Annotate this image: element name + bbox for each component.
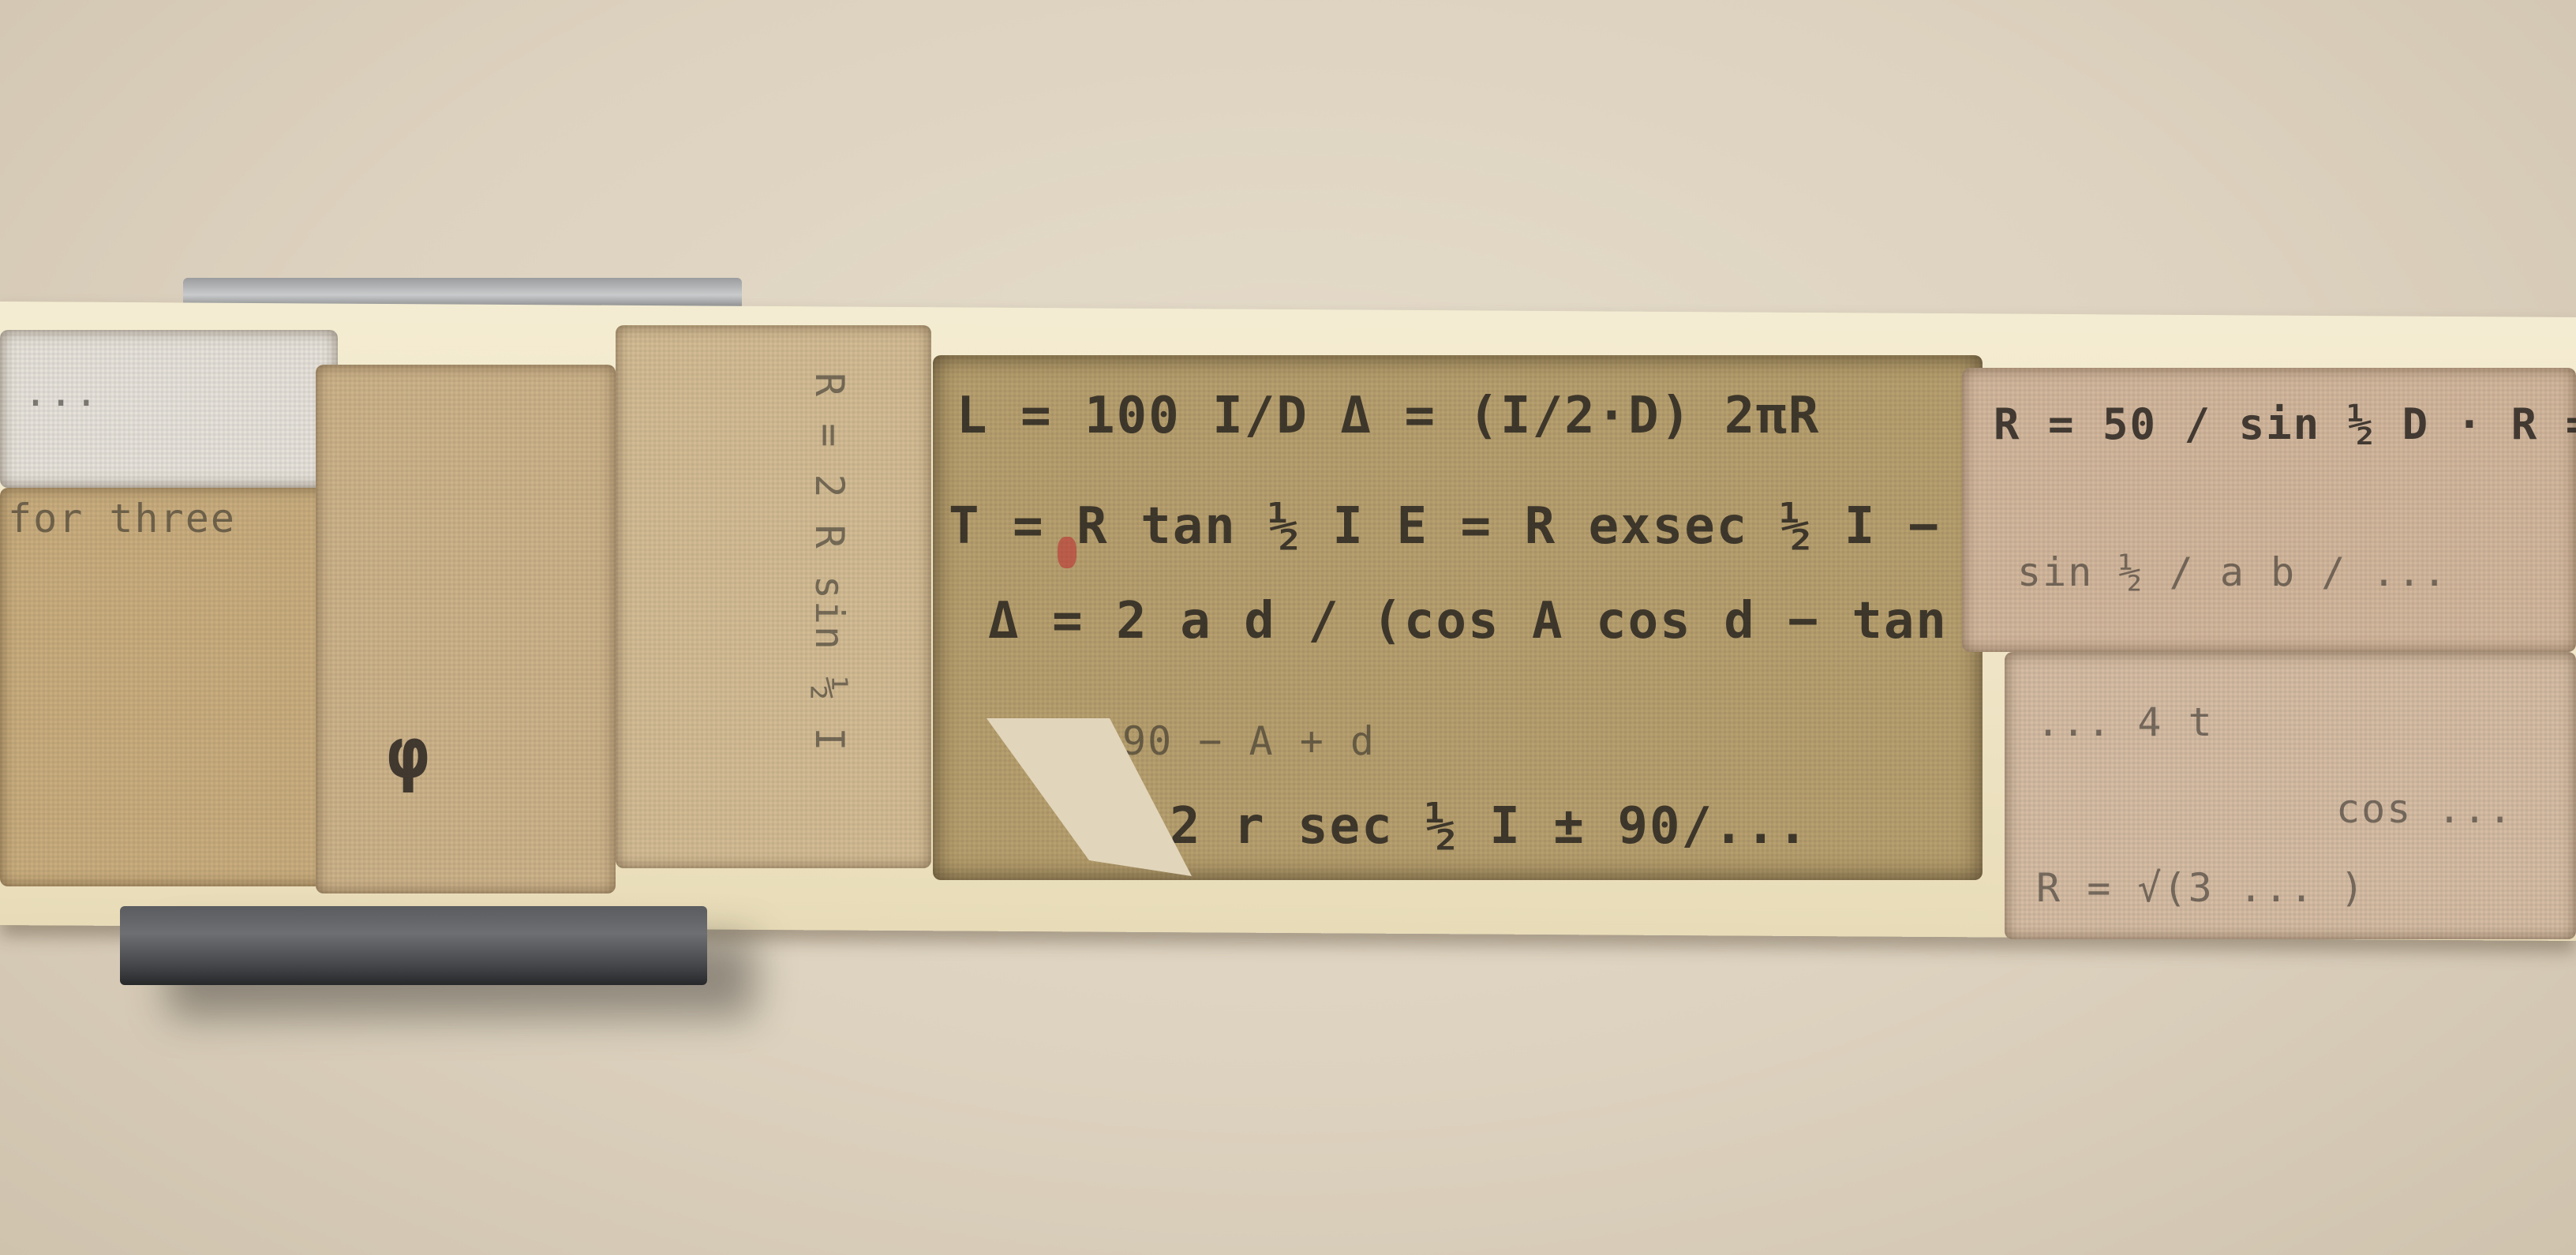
cloth-patch-right-top: R = 50 / sin ½ D · R = 5730 / D sin ½ / … [1962, 368, 2576, 652]
red-ink-mark [1058, 537, 1076, 568]
formula-line: Δ = 2 a d / (cos A cos d − tan t tan d) [988, 592, 1983, 650]
formula-line: R = 50 / sin ½ D · R = 5730 / D [1994, 399, 2576, 449]
formula-line: L = 100 I/D Δ = (I/2·D) 2πR [957, 387, 1820, 445]
formula-line: T = R tan ½ I E = R exsec ½ I − R [949, 497, 1983, 556]
cloth-patch-left-mid: for three [0, 488, 331, 886]
formula-line: 2 r sec ½ I ± 90/... [1170, 797, 1810, 856]
formula-line: cos ... [2336, 786, 2514, 832]
patch-writing: R = 2 R sin ½ I [807, 373, 852, 753]
cloth-patch-right-bottom: ... 4 t cos ... R = √(3 ... ) [2005, 652, 2576, 939]
formula-line: 90 − A + d [1122, 718, 1376, 764]
cloth-patch-vertical-note: R = 2 R sin ½ I [616, 325, 931, 868]
cloth-patch-left-top: ... [0, 330, 338, 488]
slide-rule-cursor-clip-bottom [120, 906, 707, 985]
patch-writing: for three [8, 496, 236, 541]
patch-writing: φ [387, 712, 431, 795]
formula-line: ... 4 t [2036, 699, 2214, 745]
formula-line: R = √(3 ... ) [2036, 865, 2365, 911]
cloth-patch-small-center: φ [316, 365, 616, 893]
formula-line: sin ½ / a b / ... [2017, 549, 2448, 595]
patch-writing: ... [24, 369, 99, 415]
